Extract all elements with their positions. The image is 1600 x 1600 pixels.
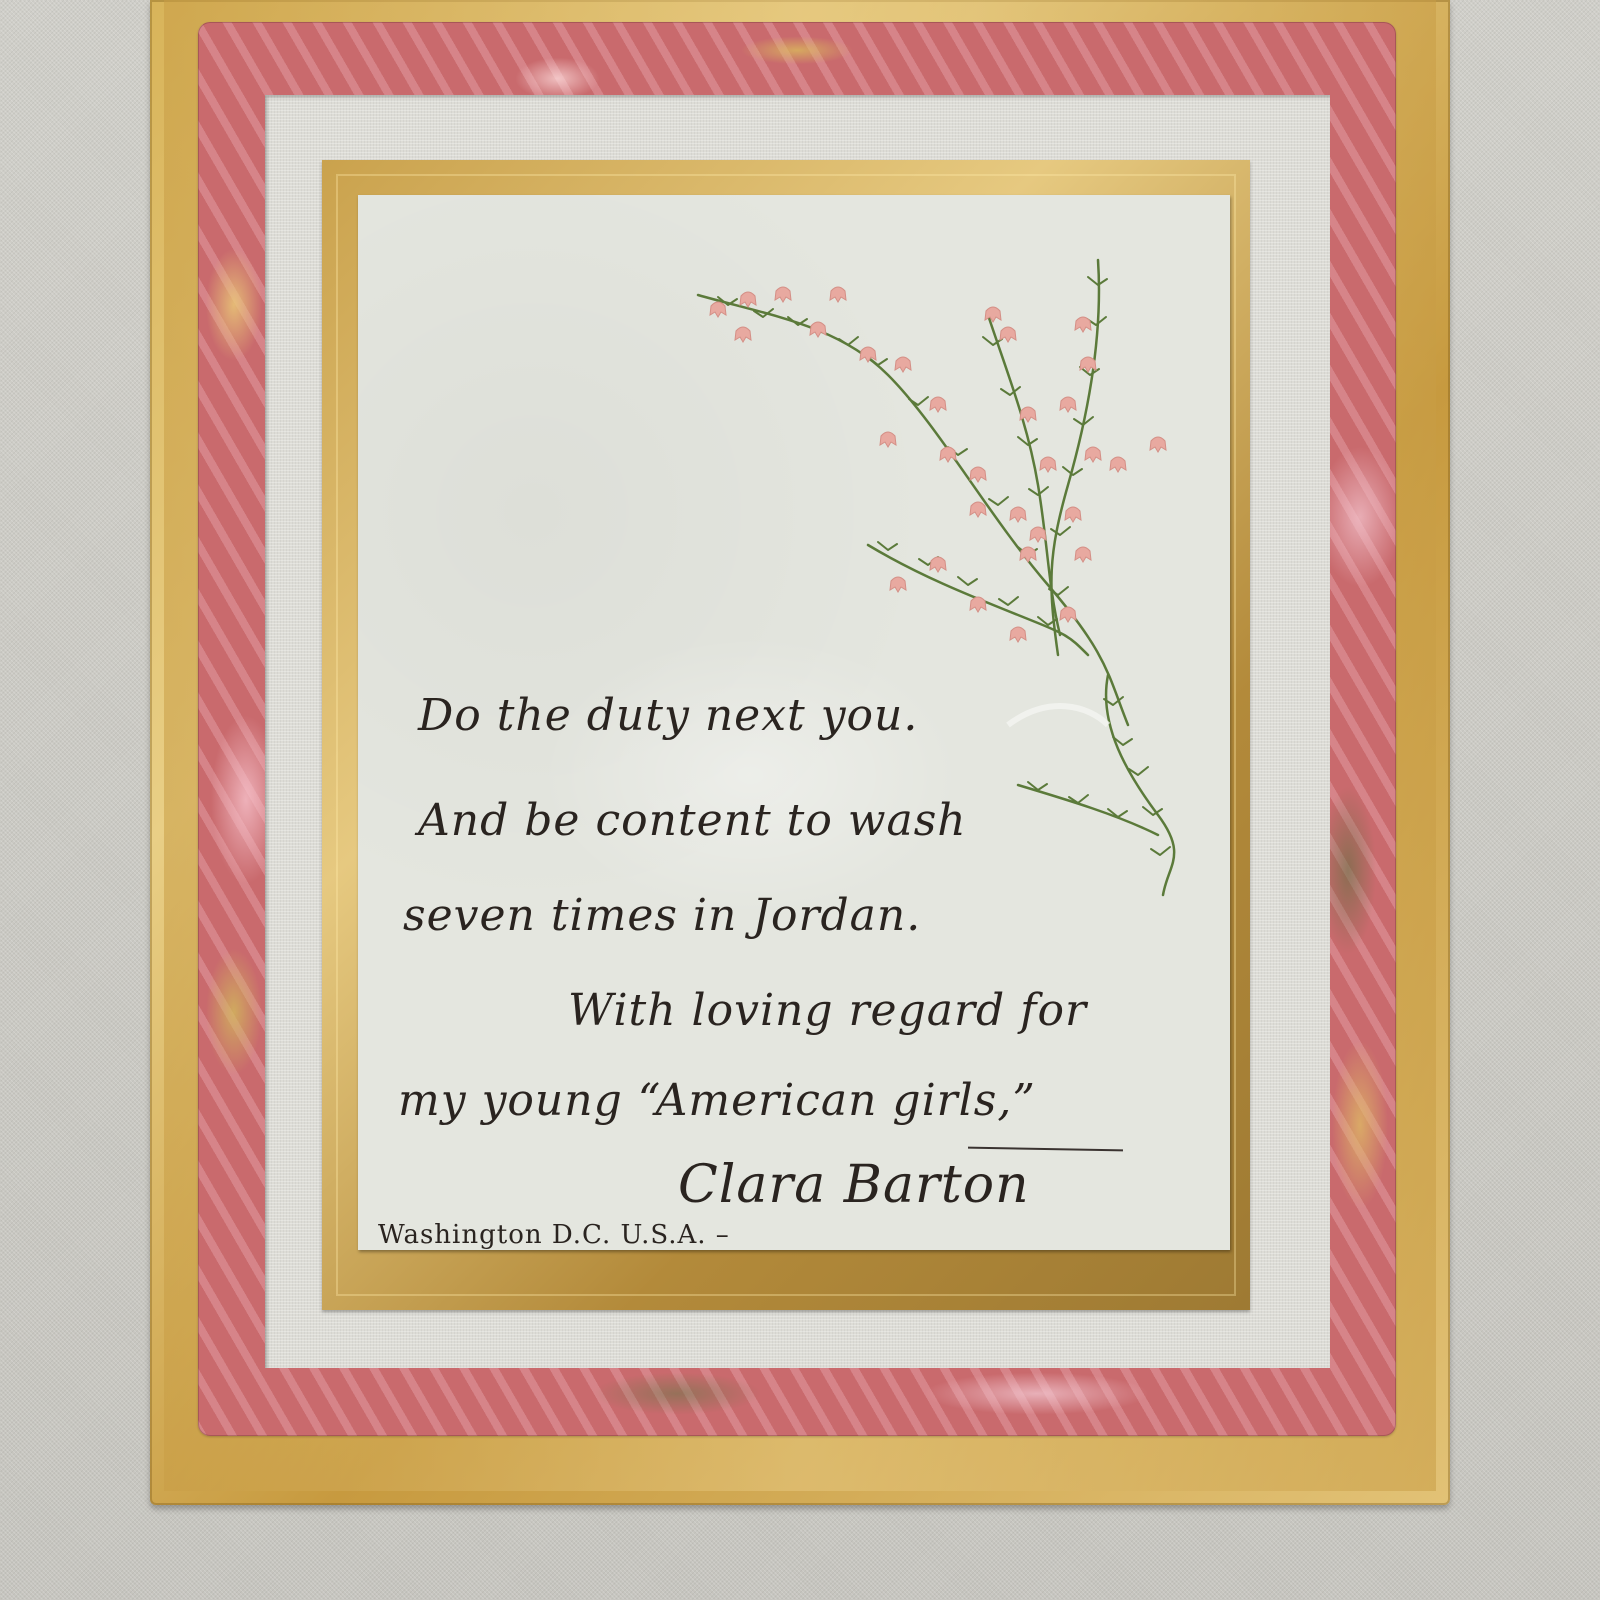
- place-line: Washington D.C. U.S.A. –: [378, 1220, 730, 1250]
- dedication-line-2: my young “American girls,”: [398, 1075, 1036, 1126]
- quote-line-2: And be content to wash: [418, 795, 967, 846]
- dedication-line-1: With loving regard for: [568, 985, 1087, 1036]
- autograph-card: Do the duty next you. And be content to …: [358, 195, 1230, 1250]
- quote-line-3: seven times in Jordan.: [403, 890, 921, 941]
- signature: Clara Barton: [678, 1155, 1030, 1215]
- signature-flourish: [968, 1147, 1123, 1152]
- quote-line-1: Do the duty next you.: [418, 690, 918, 741]
